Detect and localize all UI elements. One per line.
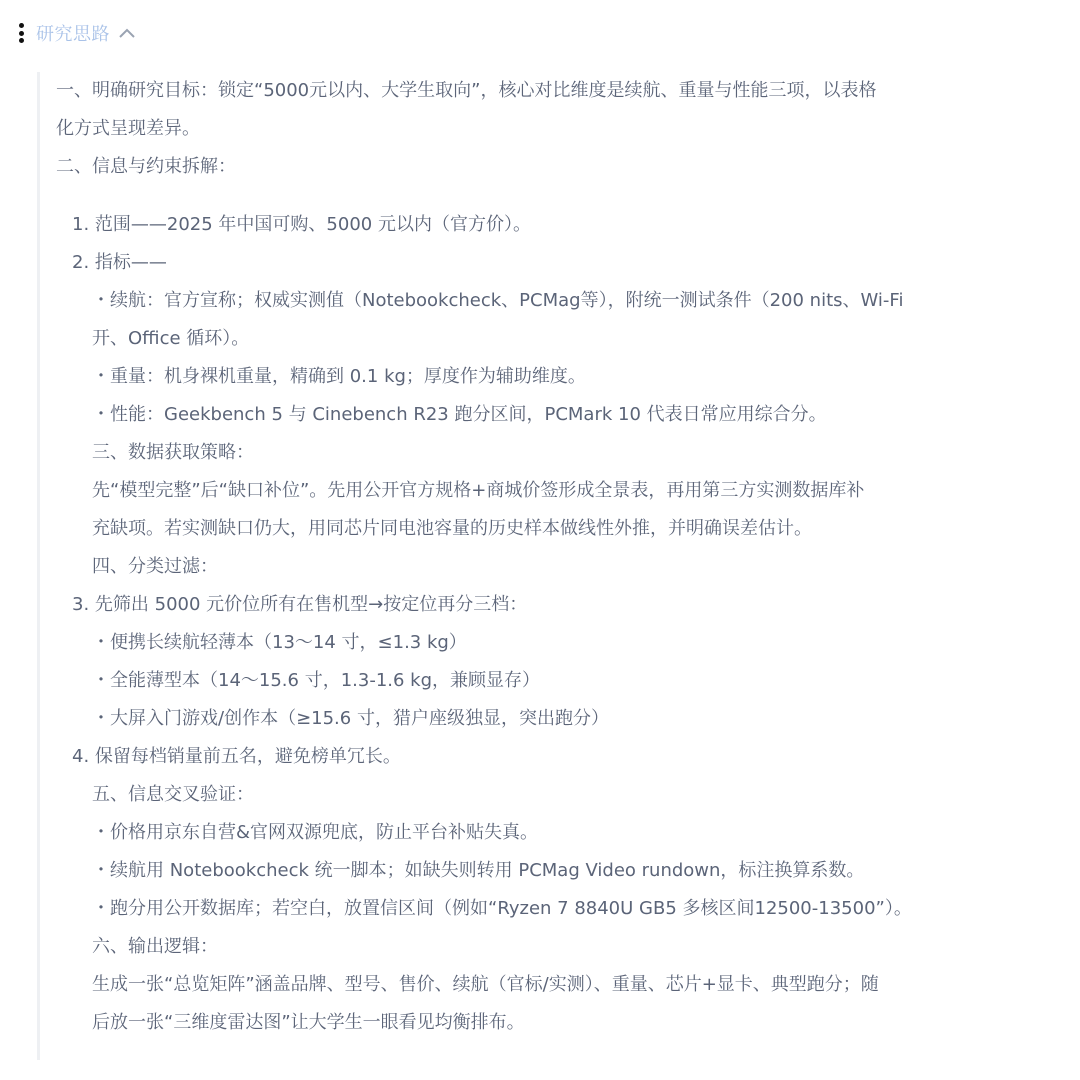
section-2-title: 二、信息与约束拆解： <box>56 148 957 186</box>
bullet-tier-3: 大屏入门游戏/创作本（≥15.6 寸，猎户座级独显，突出跑分） <box>56 700 957 738</box>
chevron-up-icon[interactable] <box>118 26 136 40</box>
output-line-1: 生成一张“总览矩阵”涵盖品牌、型号、售价、续航（官标/实测）、重量、芯片+显卡、… <box>56 966 957 1004</box>
goal-line-1: 一、明确研究目标：锁定“5000元以内、大学生取向”，核心对比维度是续航、重量与… <box>56 72 957 110</box>
list-item-1: 1. 范围——2025 年中国可购、5000 元以内（官方价）。 <box>56 206 957 244</box>
section-4-title: 四、分类过滤： <box>56 548 957 586</box>
bullet-tier-2: 全能薄型本（14～15.6 寸，1.3-1.6 kg，兼顾显存） <box>56 662 957 700</box>
bullet-tier-1: 便携长续航轻薄本（13～14 寸，≤1.3 kg） <box>56 624 957 662</box>
section-3-title: 三、数据获取策略： <box>56 434 957 472</box>
section-6-title: 六、输出逻辑： <box>56 928 957 966</box>
list-item-3: 3. 先筛出 5000 元价位所有在售机型→按定位再分三档： <box>56 586 957 624</box>
section-title[interactable]: 研究思路 <box>36 20 110 46</box>
bullet-performance: 性能：Geekbench 5 与 Cinebench R23 跑分区间，PCMa… <box>56 396 957 434</box>
bullet-battery: 续航：官方宣称；权威实测值（Notebookcheck、PCMag等），附统一测… <box>56 282 957 320</box>
bullet-battery-cont: 开、Office 循环）。 <box>56 320 957 358</box>
bullet-weight: 重量：机身裸机重量，精确到 0.1 kg；厚度作为辅助维度。 <box>56 358 957 396</box>
output-line-2: 后放一张“三维度雷达图”让大学生一眼看见均衡排布。 <box>56 1004 957 1042</box>
goal-line-2: 化方式呈现差异。 <box>56 110 957 148</box>
bullet-score-verify: 跑分用公开数据库；若空白，放置信区间（例如“Ryzen 7 8840U GB5 … <box>56 890 957 928</box>
section-5-title: 五、信息交叉验证： <box>56 776 957 814</box>
bullet-price-verify: 价格用京东自营&官网双源兜底，防止平台补贴失真。 <box>56 814 957 852</box>
list-item-4: 4. 保留每档销量前五名，避免榜单冗长。 <box>56 738 957 776</box>
strategy-line-2: 充缺项。若实测缺口仍大，用同芯片同电池容量的历史样本做线性外推，并明确误差估计。 <box>56 510 957 548</box>
list-item-2: 2. 指标—— <box>56 244 957 282</box>
research-thinking-header: 研究思路 <box>18 18 136 48</box>
research-content: 一、明确研究目标：锁定“5000元以内、大学生取向”，核心对比维度是续航、重量与… <box>37 72 957 1060</box>
strategy-line-1: 先“模型完整”后“缺口补位”。先用公开官方规格+商城价签形成全景表，再用第三方实… <box>56 472 957 510</box>
bullet-battery-verify: 续航用 Notebookcheck 统一脚本；如缺失则转用 PCMag Vide… <box>56 852 957 890</box>
vertical-dots-icon[interactable] <box>18 23 24 43</box>
